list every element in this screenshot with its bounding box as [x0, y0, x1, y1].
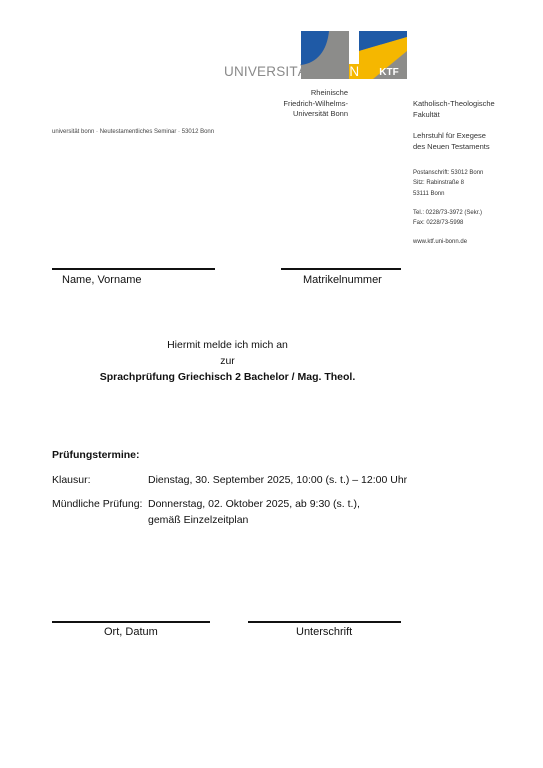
faculty-line: Katholisch-Theologische [413, 99, 495, 110]
place-date-label: Ort, Datum [104, 626, 158, 638]
contact-block: Postanschrift: 53012 Bonn Sitz: Rabinstr… [413, 168, 483, 248]
date-row-value: Donnerstag, 02. Oktober 2025, ab 9:30 (s… [148, 498, 360, 510]
date-row-value: Dienstag, 30. September 2025, 10:00 (s. … [148, 474, 407, 486]
matrikel-field-line[interactable] [281, 268, 401, 270]
registration-line-1: Hiermit melde ich mich an [100, 339, 355, 351]
dates-heading: Prüfungstermine: [52, 449, 140, 461]
telephone: Tel.: 0228/73-3972 (Sekr.) [413, 208, 483, 218]
chair-line: Lehrstuhl für Exegese [413, 131, 490, 142]
university-logo-icon [301, 31, 349, 79]
chair-name: Lehrstuhl für Exegese des Neuen Testamen… [413, 131, 490, 152]
faculty-line: Fakultät [413, 110, 495, 121]
signature-field-line[interactable] [248, 621, 401, 623]
signature-label: Unterschrift [296, 626, 352, 638]
date-row-value-continued: gemäß Einzelzeitplan [148, 514, 248, 526]
institution-name: Rheinische Friedrich-Wilhelms- Universit… [238, 88, 348, 120]
exam-title: Sprachprüfung Griechisch 2 Bachelor / Ma… [80, 371, 375, 383]
institution-line: Friedrich-Wilhelms- [238, 99, 348, 110]
sender-line: universität bonn · Neutestamentliches Se… [52, 129, 214, 135]
registration-line-2: zur [100, 355, 355, 367]
place-date-field-line[interactable] [52, 621, 210, 623]
postal-address: Postanschrift: 53012 Bonn [413, 168, 483, 178]
ktf-logo-icon: KTF [359, 31, 407, 79]
seat-address: Sitz: Rabinstraße 8 [413, 178, 483, 188]
name-field-line[interactable] [52, 268, 215, 270]
institution-line: Universität Bonn [238, 109, 348, 120]
date-row-label: Mündliche Prüfung: [52, 498, 142, 510]
chair-line: des Neuen Testaments [413, 142, 490, 153]
ktf-abbr: KTF [379, 67, 398, 78]
website-link[interactable]: www.ktf.uni-bonn.de [413, 237, 483, 247]
matrikel-field-label: Matrikelnummer [303, 274, 382, 286]
institution-line: Rheinische [238, 88, 348, 99]
fax: Fax: 0228/73-5998 [413, 218, 483, 228]
seat-city: 53111 Bonn [413, 189, 483, 199]
faculty-name: Katholisch-Theologische Fakultät [413, 99, 495, 120]
date-row-label: Klausur: [52, 474, 91, 486]
name-field-label: Name, Vorname [62, 274, 141, 286]
